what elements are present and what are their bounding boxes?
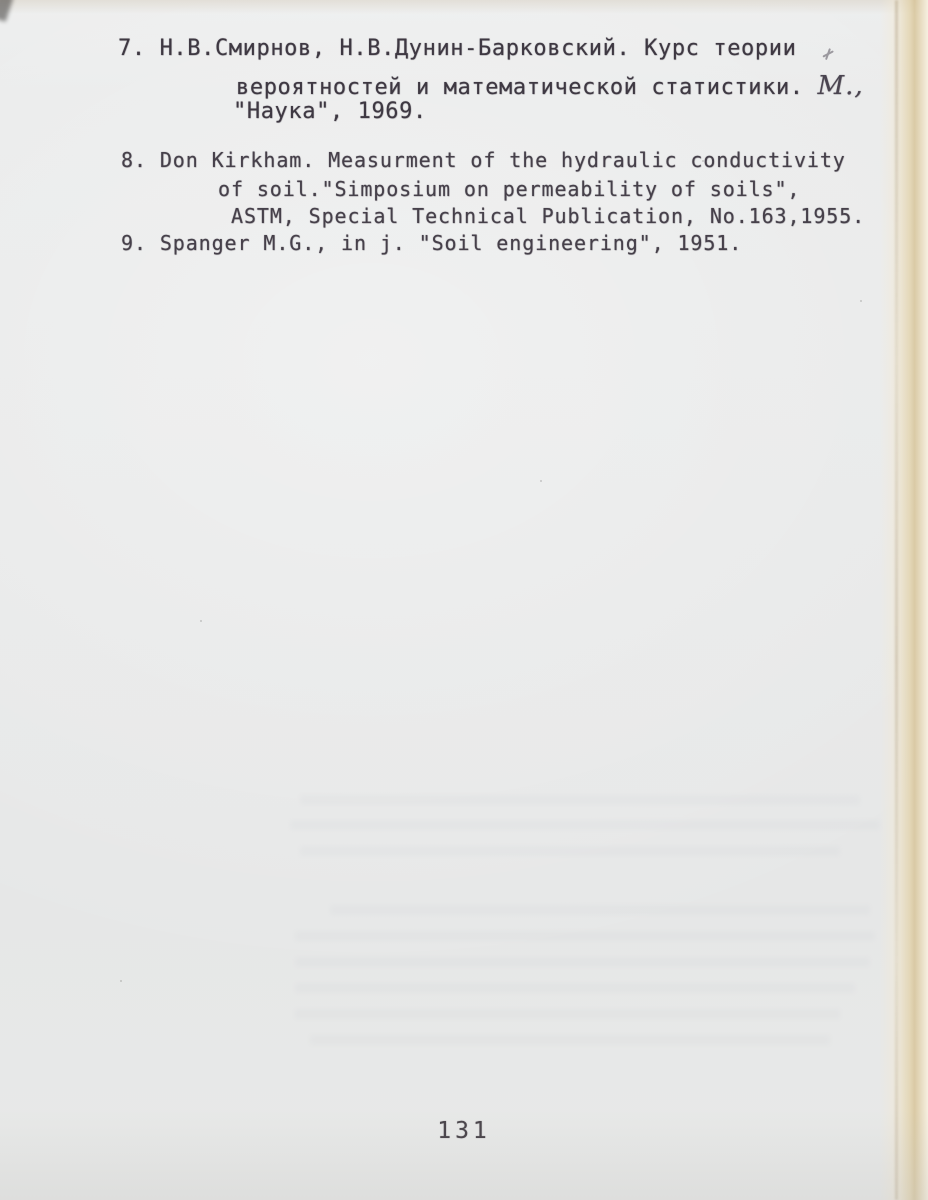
page-number: 131 [0,1118,928,1144]
pencil-mark [820,46,836,62]
reference-9-text: Spanger M.G., in j. "Soil engineering", … [160,231,742,255]
page-right-edge [880,0,928,1200]
reference-7-number: 7. [118,36,146,61]
reference-8-number: 8. [121,148,147,172]
paper-speckle [702,160,704,162]
reference-7-text: Н.В.Смирнов, Н.В.Дунин-Барковский. Курс … [160,36,797,61]
paper-speckle [860,300,862,302]
reference-9-number: 9. [121,231,147,255]
reference-7-line-3: "Наука", 1969. [233,99,427,124]
reference-9-line-1: 9. Spanger M.G., in j. "Soil engineering… [121,231,742,255]
reference-8-text: Don Kirkham. Measurment of the hydraulic… [160,148,846,172]
reference-7-line-2-text: вероятностей и математической статистики… [236,75,804,100]
scanned-document-page: 7. Н.В.Смирнов, Н.В.Дунин-Барковский. Ку… [0,0,928,1200]
bleedthrough-line [300,846,840,856]
bleedthrough-line [295,931,875,941]
spacer [147,148,160,172]
spacer [147,231,160,255]
paper-speckle [120,980,122,982]
bleedthrough-line [295,957,870,967]
reference-7-line-1: 7. Н.В.Смирнов, Н.В.Дунин-Барковский. Ку… [118,36,796,61]
reference-8-line-3: ASTM, Special Technical Publication, No.… [231,204,865,228]
reference-7-city-handwritten: М., [818,71,864,101]
spacer [146,36,160,61]
paper-speckle [200,620,202,622]
pencil-mark-stroke [825,48,831,60]
reference-8-line-1: 8. Don Kirkham. Measurment of the hydrau… [121,148,846,172]
page-edge-crease [895,0,898,1200]
paper-speckle [540,480,542,482]
bleedthrough-line [300,795,860,805]
spacer [804,75,818,100]
bleedthrough-line [310,1035,830,1045]
bleedthrough-line [295,983,855,993]
reference-8-line-2: of soil."Simposium on permeability of so… [218,177,800,201]
bleedthrough-line [290,820,880,830]
bleedthrough-line [295,1009,840,1019]
reference-7-line-2: вероятностей и математической статистики… [236,71,864,101]
scan-top-edge-shading [0,0,928,14]
bleedthrough-line [330,905,870,915]
